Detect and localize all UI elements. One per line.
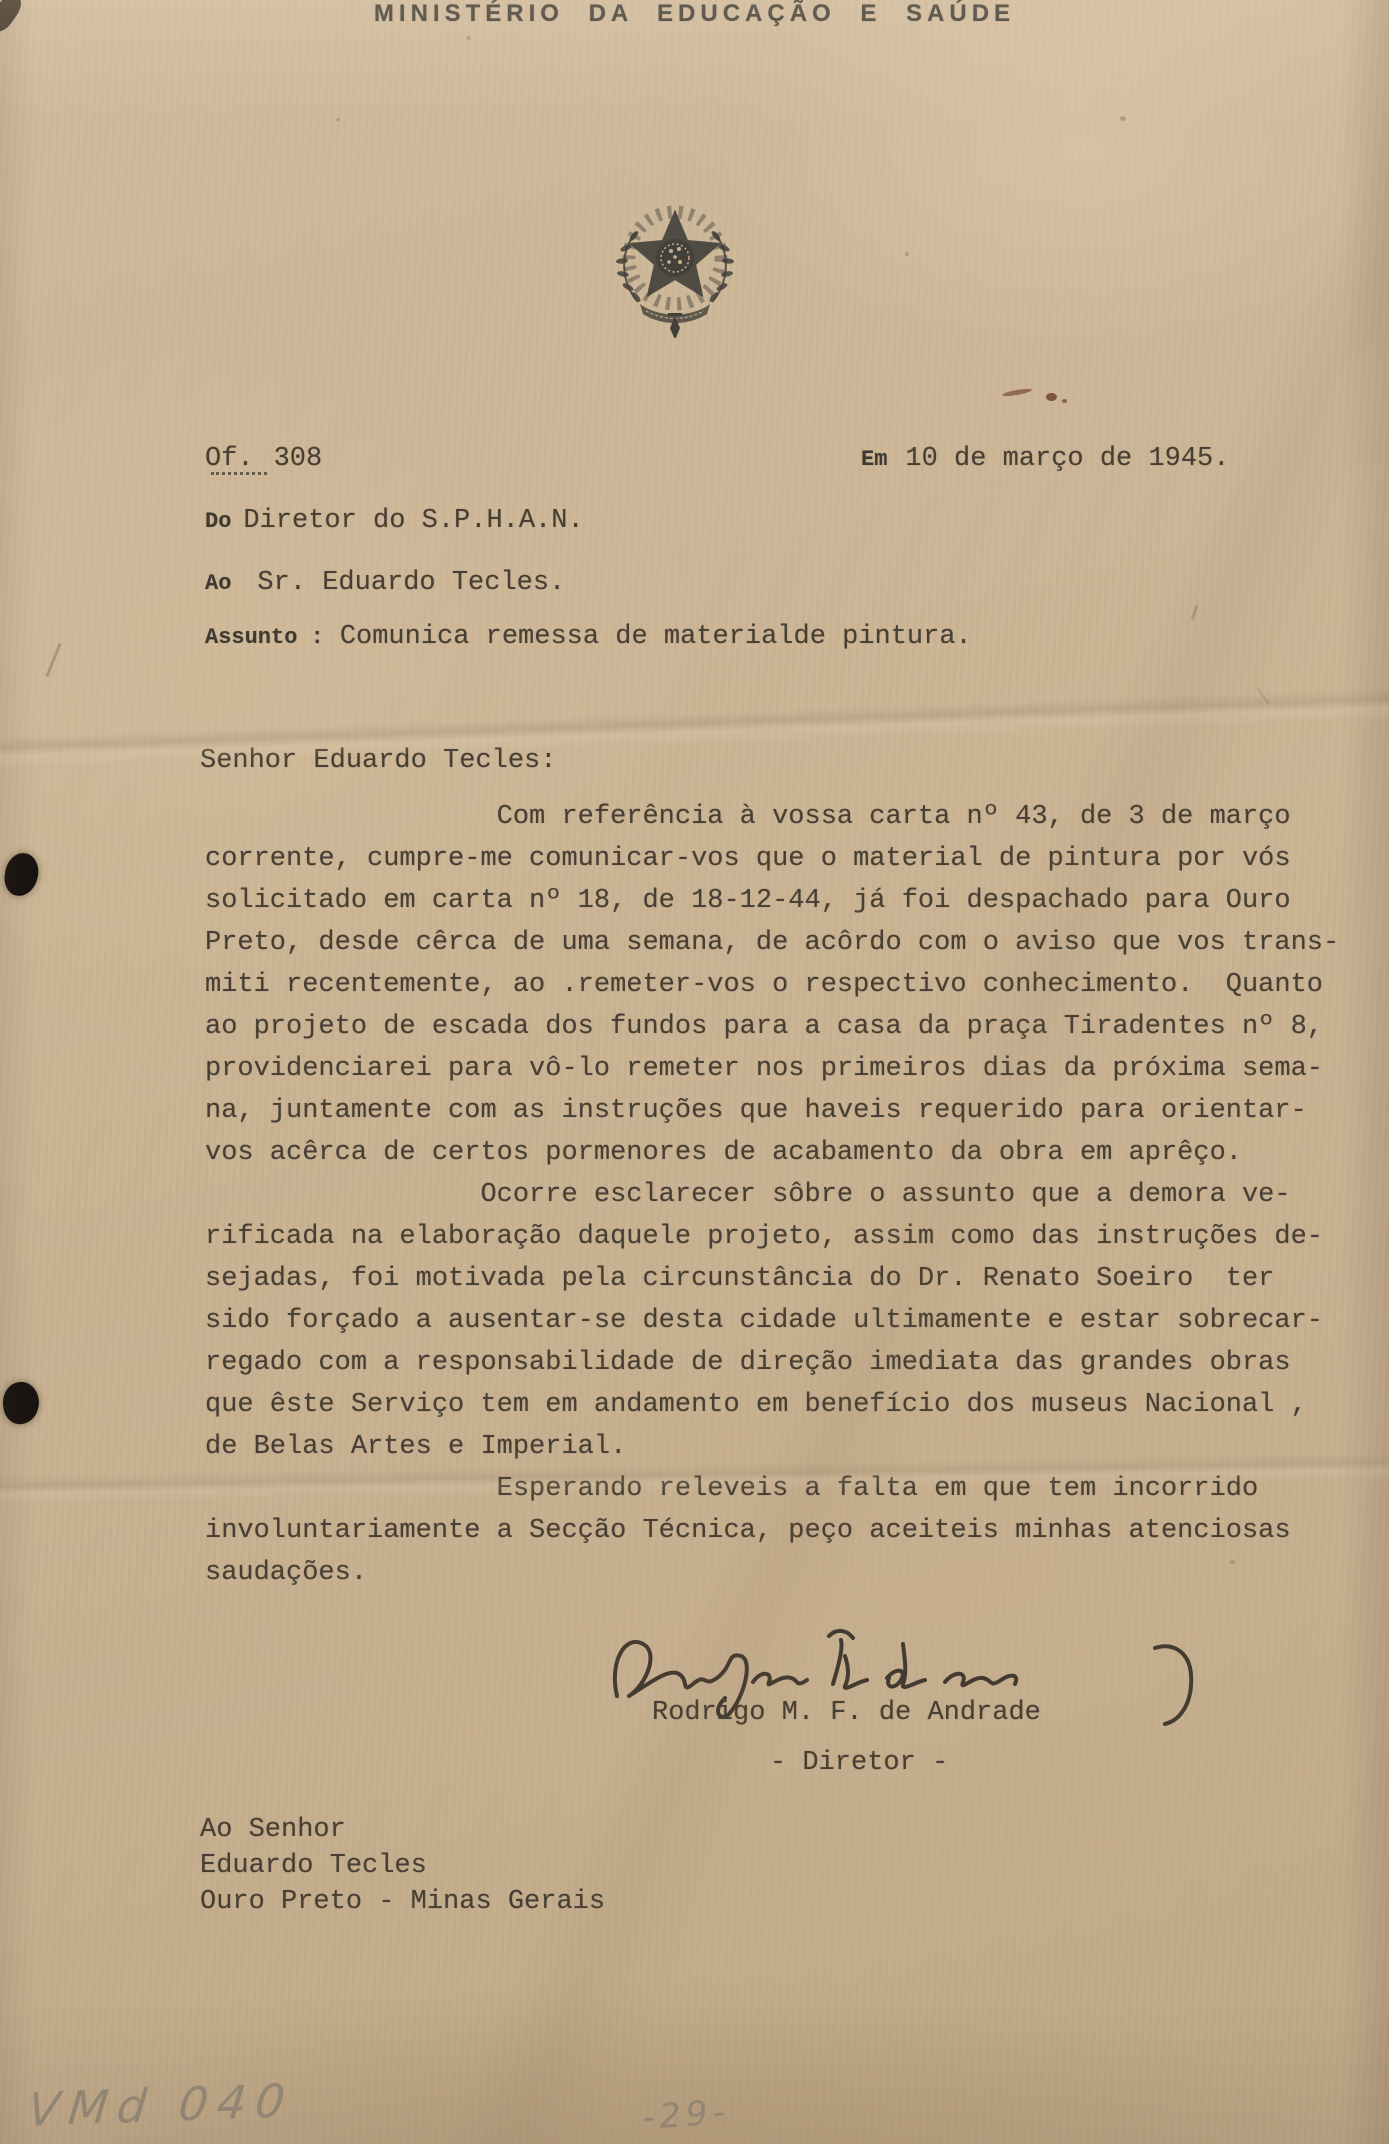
addressee-line: Ouro Preto - Minas Gerais [200, 1884, 605, 1920]
body-line: providenciarei para vô-lo remeter nos pr… [205, 1048, 1339, 1090]
office-number: 308 [274, 438, 323, 480]
body-line: involuntariamente a Secção Técnica, peço… [205, 1510, 1339, 1552]
subject-label: Assunto : [205, 625, 324, 650]
to-value: Sr. Eduardo Tecles. [257, 562, 565, 604]
punch-hole-top [2, 851, 41, 898]
body-line: na, juntamente com as instruções que hav… [205, 1090, 1339, 1132]
body-line: ao projeto de escada dos fundos para a c… [205, 1006, 1339, 1048]
body-line: regado com a responsabilidade de direção… [205, 1342, 1339, 1384]
body-line: Esperando releveis a falta em que tem in… [205, 1468, 1339, 1510]
from-label: Do [205, 509, 231, 534]
body-line: solicitado em carta nº 18, de 18-12-44, … [205, 880, 1339, 922]
body-line: miti recentemente, ao .remeter-vos o res… [205, 964, 1339, 1006]
addressee-line: Eduardo Tecles [200, 1848, 605, 1884]
signature-role: - Diretor - [770, 1742, 948, 1784]
body-line: Ocorre esclarecer sôbre o assunto que a … [205, 1174, 1339, 1216]
body-line: vos acêrca de certos pormenores de acaba… [205, 1132, 1339, 1174]
from-value: Diretor do S.P.H.A.N. [243, 500, 583, 542]
addressee-line: Ao Senhor [200, 1812, 605, 1848]
signature-typed-name: Rodrigo M. F. de Andrade [652, 1692, 1041, 1734]
date-row: Em 10 de março de 1945. [861, 438, 1229, 480]
pencil-page-number: -29- [641, 2092, 731, 2138]
subject-value: Comunica remessa de materialde pintura. [340, 616, 972, 658]
date-label: Em [861, 447, 887, 472]
body-line: de Belas Artes e Imperial. [205, 1426, 1339, 1468]
salutation: Senhor Eduardo Tecles: [200, 740, 556, 782]
pencil-tick [45, 643, 61, 678]
office-dotted-underline [211, 469, 267, 475]
body-line: saudações. [205, 1552, 1339, 1594]
ink-smudge [1002, 387, 1032, 397]
ministry-letterhead: MINISTÉRIO DA EDUCAÇÃO E SAÚDE [0, 0, 1389, 28]
brazil-coat-of-arms-icon [610, 198, 740, 338]
pencil-tick [1256, 687, 1269, 705]
subject-row: Assunto : Comunica remessa de materialde… [205, 616, 972, 658]
addressee-block: Ao Senhor Eduardo Tecles Ouro Preto - Mi… [200, 1812, 605, 1920]
body-line: Com referência à vossa carta nº 43, de 3… [205, 796, 1339, 838]
from-row: Do Diretor do S.P.H.A.N. [205, 500, 584, 542]
body-line: rificada na elaboração daquele projeto, … [205, 1216, 1339, 1258]
body-line: corrente, cumpre-me comunicar-vos que o … [205, 838, 1339, 880]
letter-body: Com referência à vossa carta nº 43, de 3… [205, 796, 1339, 1594]
pencil-tick [1191, 605, 1198, 620]
body-line: Preto, desde cêrca de uma semana, de acô… [205, 922, 1339, 964]
to-row: Ao Sr. Eduardo Tecles. [205, 562, 565, 604]
punch-hole-bottom [1, 1380, 41, 1426]
ink-smudge [1046, 393, 1057, 401]
pencil-archive-note: VMd 040 [25, 2073, 296, 2137]
body-line: que êste Serviço tem em andamento em ben… [205, 1384, 1339, 1426]
date-value: 10 de março de 1945. [905, 438, 1229, 480]
scanned-letter-page: MINISTÉRIO DA EDUCAÇÃO E SAÚDE Of. 308 E… [0, 0, 1389, 2144]
ink-smudge [1062, 399, 1067, 403]
to-label: Ao [205, 571, 231, 596]
body-line: sido forçado a ausentar-se desta cidade … [205, 1300, 1339, 1342]
body-line: sejadas, foi motivada pela circunstância… [205, 1258, 1339, 1300]
